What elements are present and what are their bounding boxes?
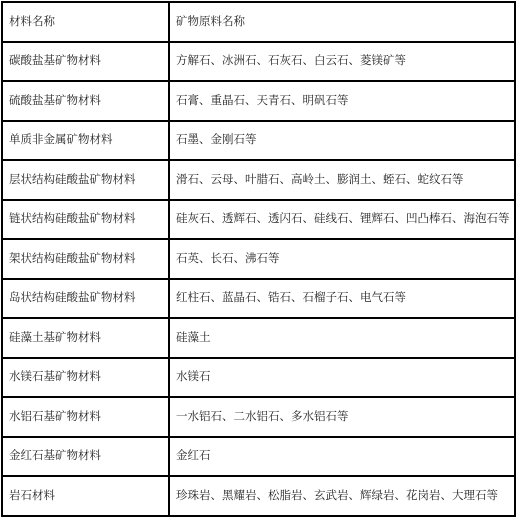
table-row: 碳酸盐基矿物材料 方解石、冰洲石、石灰石、白云石、菱镁矿等 — [2, 42, 515, 82]
material-name-cell: 水铝石基矿物材料 — [2, 397, 169, 437]
page: 材料名称 矿物原料名称 碳酸盐基矿物材料 方解石、冰洲石、石灰石、白云石、菱镁矿… — [0, 0, 518, 520]
table-row: 水铝石基矿物材料 一水铝石、二水铝石、多水铝石等 — [2, 397, 515, 437]
mineral-names-cell: 硅灰石、透辉石、透闪石、硅线石、锂辉石、凹凸棒石、海泡石等 — [169, 200, 515, 240]
table-row: 层状结构硅酸盐矿物材料 滑石、云母、叶腊石、高岭土、膨润土、蛭石、蛇纹石等 — [2, 160, 515, 200]
table-row: 单质非金属矿物材料 石墨、金刚石等 — [2, 121, 515, 161]
table-row: 架状结构硅酸盐矿物材料 石英、长石、沸石等 — [2, 239, 515, 279]
table-row: 硫酸盐基矿物材料 石膏、重晶石、天青石、明矾石等 — [2, 81, 515, 121]
material-name-cell: 水镁石基矿物材料 — [2, 358, 169, 398]
mineral-names-cell: 硅藻土 — [169, 318, 515, 358]
material-name-cell: 链状结构硅酸盐矿物材料 — [2, 200, 169, 240]
table-row: 金红石基矿物材料 金红石 — [2, 437, 515, 477]
material-name-cell: 硫酸盐基矿物材料 — [2, 81, 169, 121]
material-name-cell: 岩石材料 — [2, 476, 169, 516]
material-name-cell: 架状结构硅酸盐矿物材料 — [2, 239, 169, 279]
mineral-names-cell: 一水铝石、二水铝石、多水铝石等 — [169, 397, 515, 437]
table-row: 水镁石基矿物材料 水镁石 — [2, 358, 515, 398]
column-header-mineral-raw-material-name: 矿物原料名称 — [169, 2, 515, 42]
mineral-names-cell: 石膏、重晶石、天青石、明矾石等 — [169, 81, 515, 121]
material-name-cell: 层状结构硅酸盐矿物材料 — [2, 160, 169, 200]
material-name-cell: 碳酸盐基矿物材料 — [2, 42, 169, 82]
minerals-table: 材料名称 矿物原料名称 碳酸盐基矿物材料 方解石、冰洲石、石灰石、白云石、菱镁矿… — [1, 1, 516, 517]
table-row: 岛状结构硅酸盐矿物材料 红柱石、蓝晶石、锆石、石榴子石、电气石等 — [2, 279, 515, 319]
mineral-names-cell: 红柱石、蓝晶石、锆石、石榴子石、电气石等 — [169, 279, 515, 319]
table-header-row: 材料名称 矿物原料名称 — [2, 2, 515, 42]
material-name-cell: 硅藻土基矿物材料 — [2, 318, 169, 358]
material-name-cell: 单质非金属矿物材料 — [2, 121, 169, 161]
material-name-cell: 岛状结构硅酸盐矿物材料 — [2, 279, 169, 319]
mineral-names-cell: 水镁石 — [169, 358, 515, 398]
mineral-names-cell: 滑石、云母、叶腊石、高岭土、膨润土、蛭石、蛇纹石等 — [169, 160, 515, 200]
mineral-names-cell: 金红石 — [169, 437, 515, 477]
mineral-names-cell: 珍珠岩、黑耀岩、松脂岩、玄武岩、辉绿岩、花岗岩、大理石等 — [169, 476, 515, 516]
column-header-material-name: 材料名称 — [2, 2, 169, 42]
material-name-cell: 金红石基矿物材料 — [2, 437, 169, 477]
mineral-names-cell: 石墨、金刚石等 — [169, 121, 515, 161]
table-row: 链状结构硅酸盐矿物材料 硅灰石、透辉石、透闪石、硅线石、锂辉石、凹凸棒石、海泡石… — [2, 200, 515, 240]
table-row: 岩石材料 珍珠岩、黑耀岩、松脂岩、玄武岩、辉绿岩、花岗岩、大理石等 — [2, 476, 515, 516]
table-row: 硅藻土基矿物材料 硅藻土 — [2, 318, 515, 358]
mineral-names-cell: 石英、长石、沸石等 — [169, 239, 515, 279]
mineral-names-cell: 方解石、冰洲石、石灰石、白云石、菱镁矿等 — [169, 42, 515, 82]
